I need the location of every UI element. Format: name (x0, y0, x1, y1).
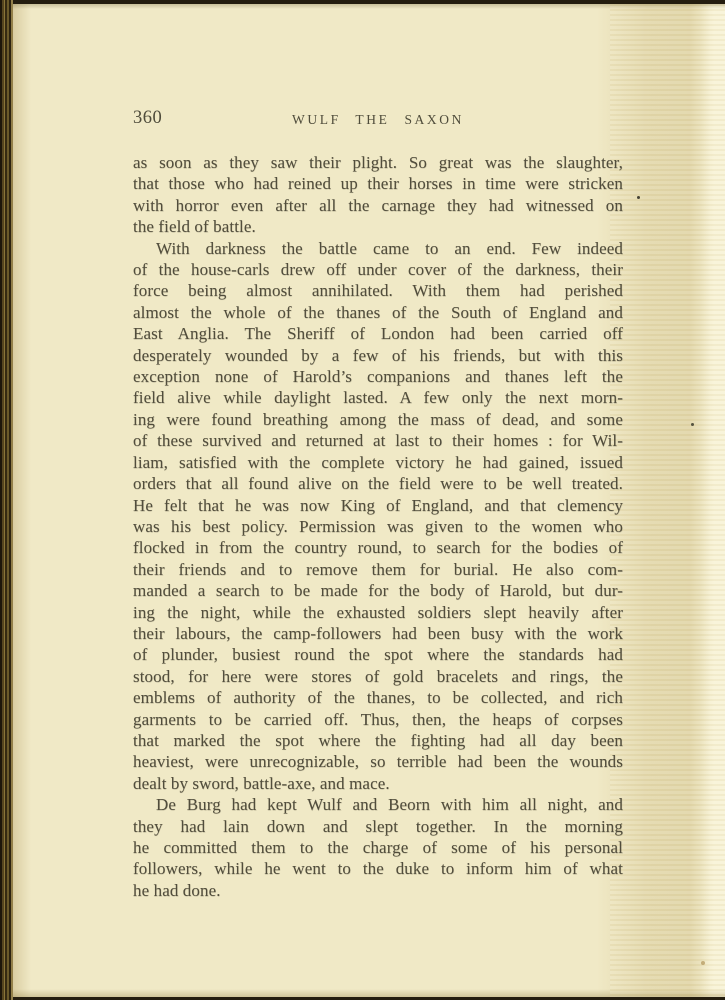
paragraph: With darkness the battle came to an end.… (133, 238, 623, 795)
text-line: ing were found breathing among the mass … (133, 409, 623, 430)
paper-blemish (701, 961, 705, 965)
text-line: that marked the spot where the fighting … (133, 730, 623, 751)
text-line: ing the night, while the exhausted soldi… (133, 602, 623, 623)
text-line: manded a search to be made for the body … (133, 580, 623, 601)
text-line: they had lain down and slept together. I… (133, 816, 623, 837)
paragraph: De Burg had kept Wulf and Beorn with him… (133, 794, 623, 901)
text-line: field alive while daylight lasted. A few… (133, 387, 623, 408)
text-line: De Burg had kept Wulf and Beorn with him… (133, 794, 623, 815)
text-line: With darkness the battle came to an end.… (133, 238, 623, 259)
text-line: as soon as they saw their plight. So gre… (133, 152, 623, 173)
running-title: WULF THE SAXON (133, 108, 623, 128)
text-line: garments to be carried off. Thus, then, … (133, 709, 623, 730)
paragraph: as soon as they saw their plight. So gre… (133, 152, 623, 238)
text-line: he had done. (133, 880, 623, 901)
body-text: as soon as they saw their plight. So gre… (133, 152, 623, 901)
text-line: force being almost annihilated. With the… (133, 280, 623, 301)
text-line: that those who had reined up their horse… (133, 173, 623, 194)
text-line: exception none of Harold’s companions an… (133, 366, 623, 387)
text-line: of plunder, busiest round the spot where… (133, 644, 623, 665)
text-line: dealt by sword, battle-axe, and mace. (133, 773, 623, 794)
text-line: followers, while he went to the duke to … (133, 858, 623, 879)
text-line: East Anglia. The Sheriff of London had b… (133, 323, 623, 344)
text-line: of the house-carls drew off under cover … (133, 259, 623, 280)
page-number: 360 (133, 108, 162, 129)
text-line: with horror even after all the carnage t… (133, 195, 623, 216)
text-line: emblems of authority of the thanes, to b… (133, 687, 623, 708)
text-line: flocked in from the country round, to se… (133, 537, 623, 558)
page-surface: 360 WULF THE SAXON as soon as they saw t… (13, 4, 725, 997)
page-content: 360 WULF THE SAXON as soon as they saw t… (133, 108, 623, 901)
text-line: almost the whole of the thanes of the So… (133, 302, 623, 323)
ink-speck (691, 423, 694, 426)
text-line: their friends and to remove them for bur… (133, 559, 623, 580)
text-line: heaviest, were unrecognizable, so terrib… (133, 751, 623, 772)
text-line: was his best policy. Permission was give… (133, 516, 623, 537)
text-line: He felt that he was now King of England,… (133, 495, 623, 516)
text-line: of these survived and returned at last t… (133, 430, 623, 451)
page-header: 360 WULF THE SAXON (133, 108, 623, 129)
book-scan: 360 WULF THE SAXON as soon as they saw t… (0, 0, 725, 1000)
text-line: he committed them to the charge of some … (133, 837, 623, 858)
text-line: stood, for here were stores of gold brac… (133, 666, 623, 687)
text-line: liam, satisfied with the complete victor… (133, 452, 623, 473)
text-line: the field of battle. (133, 216, 623, 237)
text-line: their labours, the camp-followers had be… (133, 623, 623, 644)
book-binding (0, 0, 13, 1000)
ink-speck (637, 196, 640, 199)
text-line: orders that all found alive on the field… (133, 473, 623, 494)
page-fore-edge (610, 4, 725, 997)
text-line: desperately wounded by a few of his frie… (133, 345, 623, 366)
